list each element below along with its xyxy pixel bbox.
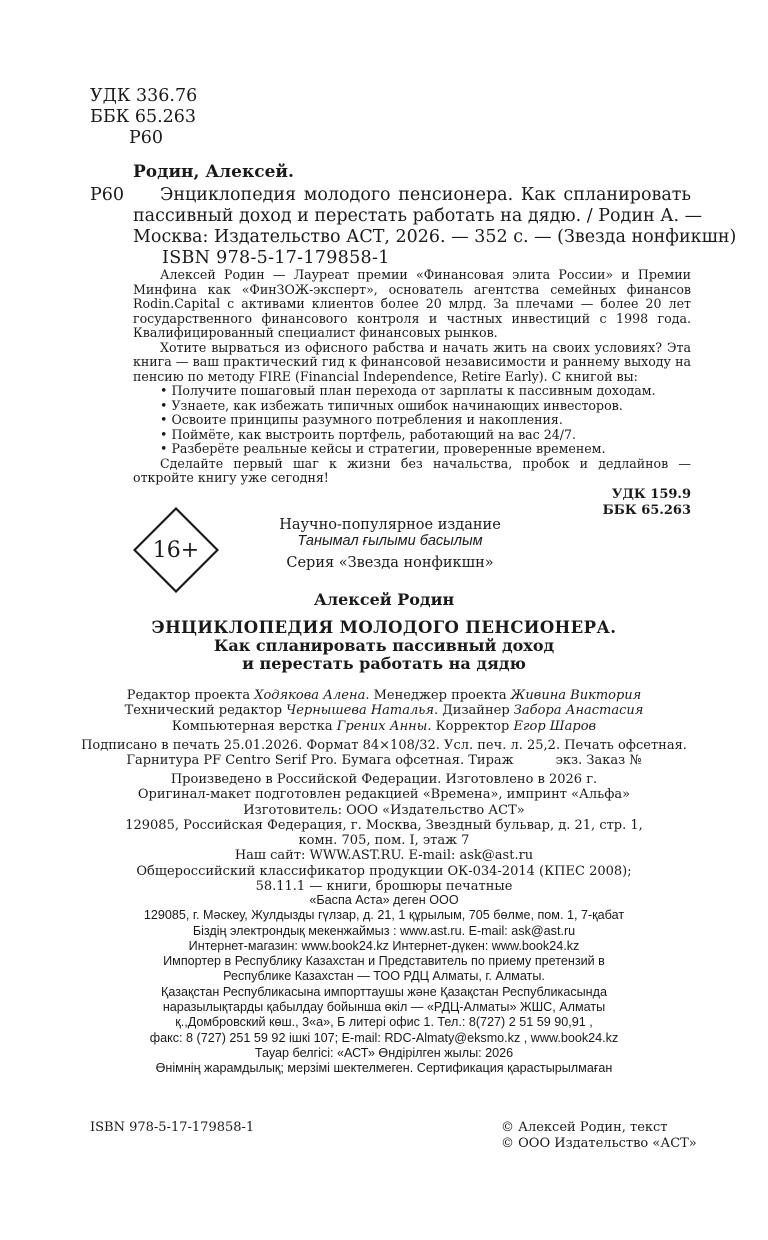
udk-code-right: УДК 159.9 bbox=[603, 487, 691, 503]
bib-cutter: Р60 bbox=[90, 185, 124, 206]
annotation-closing: Сделайте первый шаг к жизни без начальст… bbox=[133, 457, 691, 486]
kz-line: қ.,Домбровский көш., 3«а», Б литері офис… bbox=[0, 1015, 768, 1030]
print-data: Подписано в печать 25.01.2026. Формат 84… bbox=[0, 738, 768, 769]
list-item: Узнаете, как избежать типичных ошибок на… bbox=[133, 399, 691, 414]
manufacturer-line: 129085, Российская Федерация, г. Москва,… bbox=[0, 818, 768, 833]
author-name: Алексей Родин bbox=[0, 590, 768, 609]
manufacturer-line: Общероссийский классификатор продукции О… bbox=[0, 864, 768, 879]
manufacturer-line: Изготовитель: ООО «Издательство АСТ» bbox=[0, 803, 768, 818]
bbk-code: ББК 65.263 bbox=[90, 107, 197, 128]
kz-line: факс: 8 (727) 251 59 92 ішкі 107; E-mail… bbox=[0, 1031, 768, 1046]
credits-line: Технический редактор Чернышева Наталья. … bbox=[0, 703, 768, 718]
credit-name: Егор Шаров bbox=[513, 719, 596, 734]
title-sub-line: Как спланировать пассивный доход bbox=[0, 637, 768, 655]
kz-line: 129085, г. Мәскеу, Жулдызды гүлзар, д. 2… bbox=[0, 908, 768, 923]
staff-credits: Редактор проекта Ходякова Алена. Менедже… bbox=[0, 688, 768, 734]
cutter-code: Р60 bbox=[90, 128, 197, 149]
bbk-code-right: ББК 65.263 bbox=[603, 503, 691, 519]
credit-name: Забора Анастасия bbox=[514, 703, 644, 718]
copyright-block: © Алексей Родин, текст © ООО Издательств… bbox=[501, 1120, 697, 1152]
series-name: Серия «Звезда нонфикшн» bbox=[255, 555, 525, 571]
classification-block: УДК 336.76 ББК 65.263 Р60 bbox=[90, 86, 197, 149]
title-main: ЭНЦИКЛОПЕДИЯ МОЛОДОГО ПЕНСИОНЕРА. bbox=[0, 619, 768, 637]
manufacturer-line: Произведено в Российской Федерации. Изго… bbox=[0, 772, 768, 787]
udk-code: УДК 336.76 bbox=[90, 86, 197, 107]
kz-line: наразылықтарды қабылдау бойынша өкіл — «… bbox=[0, 1000, 768, 1015]
order-number: экз. Заказ № bbox=[556, 753, 642, 768]
credit-name: Ходякова Алена bbox=[254, 688, 365, 703]
kz-line: Тауар белгісі: «АСТ» Өндірілген жылы: 20… bbox=[0, 1046, 768, 1061]
bib-line: Москва: Издательство АСТ, 2026. — 352 с.… bbox=[133, 227, 691, 248]
kazakhstan-importer-info: «Баспа Аста» деген ООО 129085, г. Мәскеу… bbox=[0, 893, 768, 1077]
kz-line: «Баспа Аста» деген ООО bbox=[0, 893, 768, 908]
manufacturer-line: Оригинал-макет подготовлен редакцией «Вр… bbox=[0, 787, 768, 802]
bib-description: Энциклопедия молодого пенсионера. Как сп… bbox=[133, 185, 691, 248]
credit-name: Грених Анны bbox=[337, 719, 428, 734]
credits-line: Компьютерная верстка Грених Анны. Коррек… bbox=[0, 719, 768, 734]
bib-isbn: ISBN 978-5-17-179858-1 bbox=[162, 248, 390, 269]
print-data-line: Гарнитура PF Centro Serif Pro. Бумага оф… bbox=[0, 753, 768, 768]
footer-isbn: ISBN 978-5-17-179858-1 bbox=[90, 1120, 254, 1135]
credit-role: Компьютерная верстка bbox=[172, 719, 333, 734]
credit-name: Живина Виктория bbox=[511, 688, 642, 703]
credit-role: Дизайнер bbox=[442, 703, 509, 718]
kz-line: Біздің электрондық мекенжаймыз : www.ast… bbox=[0, 924, 768, 939]
kz-line: Қазақстан Республикасына импорттаушы жән… bbox=[0, 985, 768, 1000]
list-item: Разберёте реальные кейсы и стратегии, пр… bbox=[133, 442, 691, 457]
age-rating-label: 16+ bbox=[133, 507, 219, 593]
book-title: ЭНЦИКЛОПЕДИЯ МОЛОДОГО ПЕНСИОНЕРА. Как сп… bbox=[0, 619, 768, 673]
typeface-paper-run: Гарнитура PF Centro Serif Pro. Бумага оф… bbox=[126, 753, 513, 768]
author-bio: Алексей Родин — Лауреат премии «Финансов… bbox=[133, 268, 691, 341]
list-item: Получите пошаговый план перехода от зарп… bbox=[133, 384, 691, 399]
copyright-line: © Алексей Родин, текст bbox=[501, 1120, 697, 1136]
title-sub-line: и перестать работать на дядю bbox=[0, 655, 768, 673]
edition-type-ru: Научно-популярное издание bbox=[255, 517, 525, 533]
bib-author: Родин, Алексей. bbox=[133, 162, 294, 183]
credit-role: Редактор проекта bbox=[127, 688, 250, 703]
credits-line: Редактор проекта Ходякова Алена. Менедже… bbox=[0, 688, 768, 703]
manufacturer-line: комн. 705, пом. I, этаж 7 bbox=[0, 833, 768, 848]
credit-role: Корректор bbox=[436, 719, 510, 734]
print-data-line: Подписано в печать 25.01.2026. Формат 84… bbox=[0, 738, 768, 753]
annotation: Алексей Родин — Лауреат премии «Финансов… bbox=[133, 268, 691, 486]
bib-line: пассивный доход и перестать работать на … bbox=[133, 206, 691, 227]
credit-role: Менеджер проекта bbox=[374, 688, 507, 703]
edition-info: Научно-популярное издание Танымал ғылыми… bbox=[255, 517, 525, 571]
copyright-line: © ООО Издательство «АСТ» bbox=[501, 1136, 697, 1152]
age-rating-badge: 16+ bbox=[133, 507, 219, 593]
classification-right: УДК 159.9 ББК 65.263 bbox=[603, 487, 691, 518]
credit-role: Технический редактор bbox=[125, 703, 282, 718]
benefits-list: Получите пошаговый план перехода от зарп… bbox=[133, 384, 691, 457]
edition-type-kz: Танымал ғылыми басылым bbox=[255, 533, 525, 549]
manufacturer-info: Произведено в Российской Федерации. Изго… bbox=[0, 772, 768, 894]
annotation-intro: Хотите вырваться из офисного рабства и н… bbox=[133, 341, 691, 385]
kz-line: Өнімнің жарамдылық; мерзімі шектелмеген.… bbox=[0, 1061, 768, 1076]
kz-line: Импортер в Республику Казахстан и Предст… bbox=[0, 954, 768, 969]
kz-line: Республике Казахстан — ТОО РДЦ Алматы, г… bbox=[0, 969, 768, 984]
list-item: Освоите принципы разумного потребления и… bbox=[133, 413, 691, 428]
kz-line: Интернет-магазин: www.book24.kz Интернет… bbox=[0, 939, 768, 954]
list-item: Поймёте, как выстроить портфель, работаю… bbox=[133, 428, 691, 443]
bib-line: Энциклопедия молодого пенсионера. Как сп… bbox=[133, 185, 691, 206]
manufacturer-line: Наш сайт: WWW.AST.RU. E-mail: ask@ast.ru bbox=[0, 848, 768, 863]
credit-name: Чернышева Наталья bbox=[286, 703, 434, 718]
